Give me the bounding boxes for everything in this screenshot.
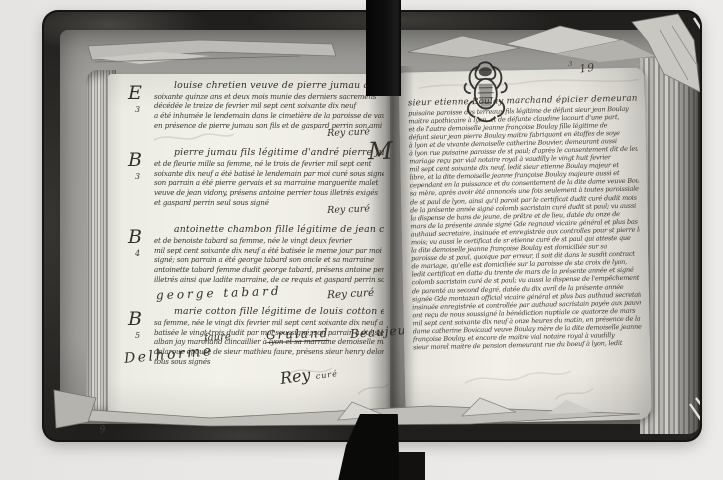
record-text: pierre jumau fils légitime d'andré pierr… bbox=[154, 147, 384, 207]
margin-number: 4 bbox=[135, 250, 152, 258]
manuscript-line: marie cotton fille légitime de louis cot… bbox=[154, 306, 384, 318]
manuscript-line: veuve de jean vidony, présens antoine pe… bbox=[154, 188, 384, 198]
right-page: 3 19 M bbox=[398, 67, 651, 424]
margin-letter: B bbox=[128, 151, 152, 170]
manuscript-line: pierre jumau fils légitime d'andré pierr… bbox=[154, 147, 384, 159]
page-number: 19 bbox=[579, 62, 596, 76]
baptism-record: B 3 pierre jumau fils légitime d'andré p… bbox=[154, 147, 384, 218]
manuscript-line: soixante quinze ans et deux mois munie d… bbox=[154, 92, 384, 102]
manuscript-line: louise chretien veuve de pierre jumau ag… bbox=[154, 80, 384, 92]
margin-number: 3 bbox=[135, 106, 152, 114]
manuscript-line: soixante dix neuf a été batisé le lendem… bbox=[154, 169, 384, 179]
signature-george-tabard: george tabard bbox=[156, 284, 282, 302]
record-text: louise chretien veuve de pierre jumau ag… bbox=[154, 80, 384, 130]
signature-gruland: Gruland bbox=[266, 327, 330, 343]
folio-mark: 3 bbox=[568, 61, 572, 68]
signature-faure: faure bbox=[204, 332, 231, 344]
margin-mark: B 3 bbox=[128, 151, 152, 181]
margin-letter: B bbox=[128, 228, 152, 247]
record-text: antoinette chambon fille légitime de jea… bbox=[154, 224, 384, 284]
manuscript-line: décédée le treize de fevrier mil sept ce… bbox=[154, 101, 384, 111]
manuscript-line: signé; son parrain a été george tabard s… bbox=[154, 255, 384, 265]
scanner-strap-top bbox=[366, 0, 401, 96]
scanned-register-photo: E 3 louise chretien veuve de pierre juma… bbox=[0, 0, 723, 480]
margin-letter-m: M bbox=[368, 139, 393, 164]
signature-rey-cure-large: Rey curé bbox=[279, 362, 339, 390]
manuscript-line: antoinette tabard femme dudit george tab… bbox=[154, 265, 384, 275]
manuscript-line: antoinette chambon fille légitime de jea… bbox=[154, 224, 384, 236]
baptism-record: B 4 antoinette chambon fille légitime de… bbox=[154, 224, 384, 300]
margin-letter: E bbox=[128, 84, 152, 103]
burial-record: E 3 louise chretien veuve de pierre juma… bbox=[154, 80, 384, 141]
manuscript-line: mil sept cent soixante dix neuf a été ba… bbox=[154, 246, 384, 256]
margin-number: 3 bbox=[135, 173, 152, 181]
signature-rey-cure: Rey curé bbox=[326, 287, 374, 301]
manuscript-line: et de fleurie mille sa femme, né le troi… bbox=[154, 159, 384, 169]
manuscript-line: illetrés ainsi que ladite marraine, de c… bbox=[154, 275, 384, 285]
signature-block: faure Gruland Beaujeu Delhorme Rey curé bbox=[108, 326, 390, 422]
left-page: E 3 louise chretien veuve de pierre juma… bbox=[108, 74, 390, 422]
signature-delhorme: Delhorme bbox=[124, 344, 215, 367]
signature-row: george tabard Rey curé bbox=[156, 286, 384, 300]
margin-mark: B 4 bbox=[128, 228, 152, 258]
manuscript-line: son parrain a été pierre gervais et sa m… bbox=[154, 178, 384, 188]
manuscript-line: et de benoiste tabard sa femme, née le v… bbox=[154, 236, 384, 246]
scanner-strap-shadow bbox=[399, 452, 425, 480]
manuscript-line: a été inhumée le lendemain dans le cimet… bbox=[154, 111, 384, 121]
endpaper-corner-mark: 9 bbox=[99, 426, 106, 436]
marriage-record-text: sieur etienne Boulay marchand épicier de… bbox=[408, 94, 642, 352]
margin-mark: E 3 bbox=[128, 84, 152, 114]
